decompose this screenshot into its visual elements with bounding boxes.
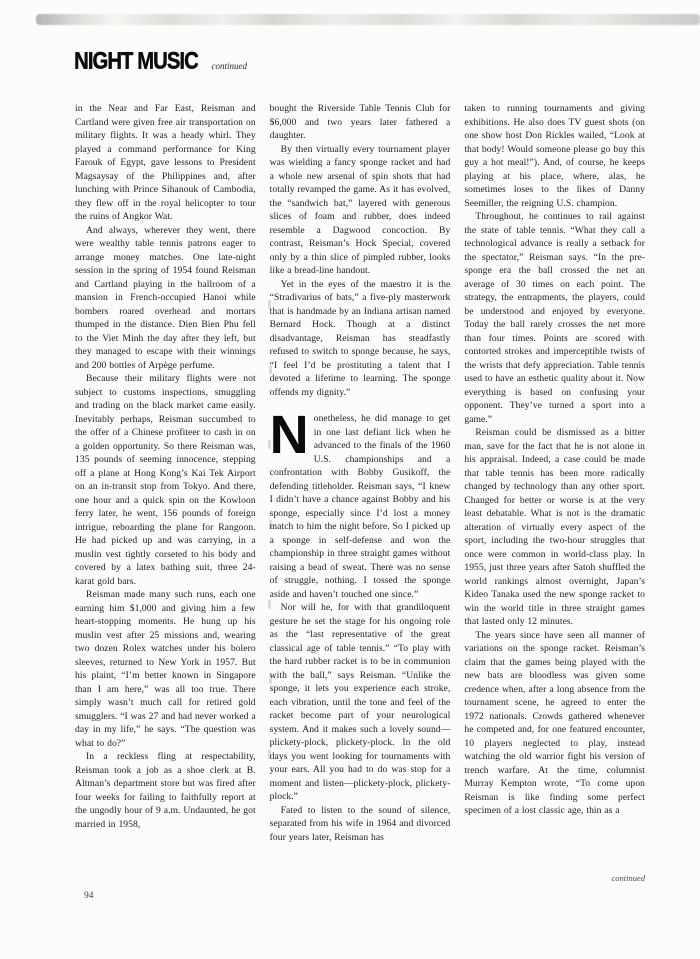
paragraph: Nor will he, for with that grandiloquent… xyxy=(270,601,451,804)
paragraph: By then virtually every tournament playe… xyxy=(270,143,451,278)
scan-artifact-band xyxy=(36,14,700,25)
paragraph: In a reckless fling at respectability, R… xyxy=(75,750,256,831)
dropcap-letter: N xyxy=(270,412,314,464)
paragraph: Because their military flights were not … xyxy=(75,372,256,588)
masthead: NIGHT MUSICcontinued xyxy=(74,49,247,75)
paragraph: bought the Riverside Table Tennis Club f… xyxy=(270,102,451,143)
magazine-page: NIGHT MUSICcontinued in the Near and Far… xyxy=(0,0,700,959)
text-column-1: in the Near and Far East, Reisman and Ca… xyxy=(75,102,256,844)
paragraph: And always, wherever they went, there we… xyxy=(75,224,256,373)
article-body: in the Near and Far East, Reisman and Ca… xyxy=(75,102,645,844)
paragraph: Reisman made many such runs, each one ea… xyxy=(75,588,256,750)
text-column-3: taken to running tournaments and giving … xyxy=(464,102,645,844)
paragraph: taken to running tournaments and giving … xyxy=(464,102,645,210)
paragraph: Nonetheless, he did manage to get in one… xyxy=(270,412,451,601)
paragraph: The years since have seen all manner of … xyxy=(464,629,645,818)
page-number: 94 xyxy=(84,891,94,901)
article-title: NIGHT MUSIC xyxy=(74,47,198,75)
paragraph: Fated to listen to the sound of silence,… xyxy=(270,804,451,845)
masthead-continued-label: continued xyxy=(211,61,247,71)
paragraph: Reisman could be dismissed as a bitter m… xyxy=(464,426,645,629)
paragraph: in the Near and Far East, Reisman and Ca… xyxy=(75,102,256,224)
paragraph: Throughout, he continues to rail against… xyxy=(464,210,645,426)
continued-label: continued xyxy=(75,873,645,883)
paragraph: Yet in the eyes of the maestro it is the… xyxy=(270,278,451,400)
text-column-2: bought the Riverside Table Tennis Club f… xyxy=(270,102,451,844)
